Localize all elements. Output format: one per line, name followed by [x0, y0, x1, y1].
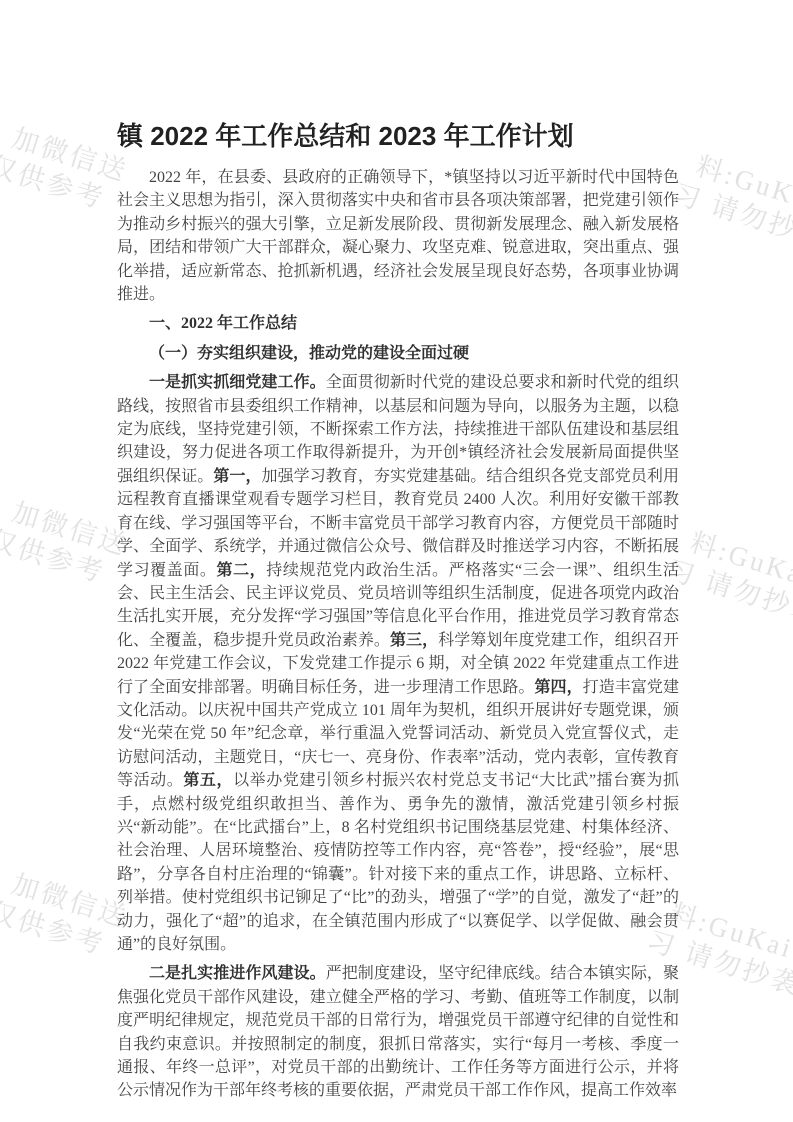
paragraph: 一是抓实抓细党建工作。全面贯彻新时代党的建设总要求和新时代党的组织路线，按照省市… [117, 371, 679, 956]
bold-run: 二是扎实推进作风建设。 [149, 965, 326, 982]
bold-run: 第四， [535, 679, 583, 696]
bold-run: （一）夯实组织建设，推动党的建设全面过硬 [149, 345, 469, 362]
paragraph: 二是扎实推进作风建设。严把制度建设，坚守纪律底线。结合本镇实际，聚焦强化党员干部… [117, 962, 679, 1102]
bold-run: 第五， [183, 772, 233, 789]
text-run: 严把制度建设，坚守纪律底线。结合本镇实际，聚焦强化党员干部作风建设，建立健全严格… [117, 965, 679, 1099]
text-run: 以举办党建引领乡村振兴农村党总支书记“大比武”擂台赛为抓手，点燃村级党组织敢担当… [117, 772, 679, 953]
page: { "page": { "background": "#ffffff", "te… [0, 0, 793, 1122]
bold-run: 一、2022 年工作总结 [149, 315, 297, 332]
bold-run: 第二， [217, 562, 267, 579]
document-content: 镇 2022 年工作总结和 2023 年工作计划 2022 年，在县委、县政府的… [117, 120, 679, 1109]
bold-run: 第一， [213, 468, 261, 485]
watermark-right-top: 料:GuKai 习 请勿抄袭 [669, 146, 793, 256]
watermark-left-bottom: 加微信送 仅供参考 [0, 864, 132, 966]
watermark-right-middle: 料:GuKai 习 请勿抄袭 [663, 522, 793, 632]
document-title: 镇 2022 年工作总结和 2023 年工作计划 [117, 120, 679, 152]
bold-run: 一是抓实抓细党建工作。 [149, 374, 326, 391]
heading2: （一）夯实组织建设，推动党的建设全面过硬 [117, 342, 679, 365]
paragraph: 2022 年，在县委、县政府的正确领导下，*镇坚持以习近平新时代中国特色社会主义… [117, 166, 679, 306]
document-body: 2022 年，在县委、县政府的正确领导下，*镇坚持以习近平新时代中国特色社会主义… [117, 166, 679, 1103]
watermark-left-middle: 加微信送 仅供参考 [0, 492, 132, 594]
heading1: 一、2022 年工作总结 [117, 312, 679, 335]
bold-run: 第三， [390, 632, 438, 649]
text-run: 2022 年，在县委、县政府的正确领导下，*镇坚持以习近平新时代中国特色社会主义… [117, 169, 679, 303]
watermark-left-top: 加微信送 仅供参考 [0, 118, 132, 220]
